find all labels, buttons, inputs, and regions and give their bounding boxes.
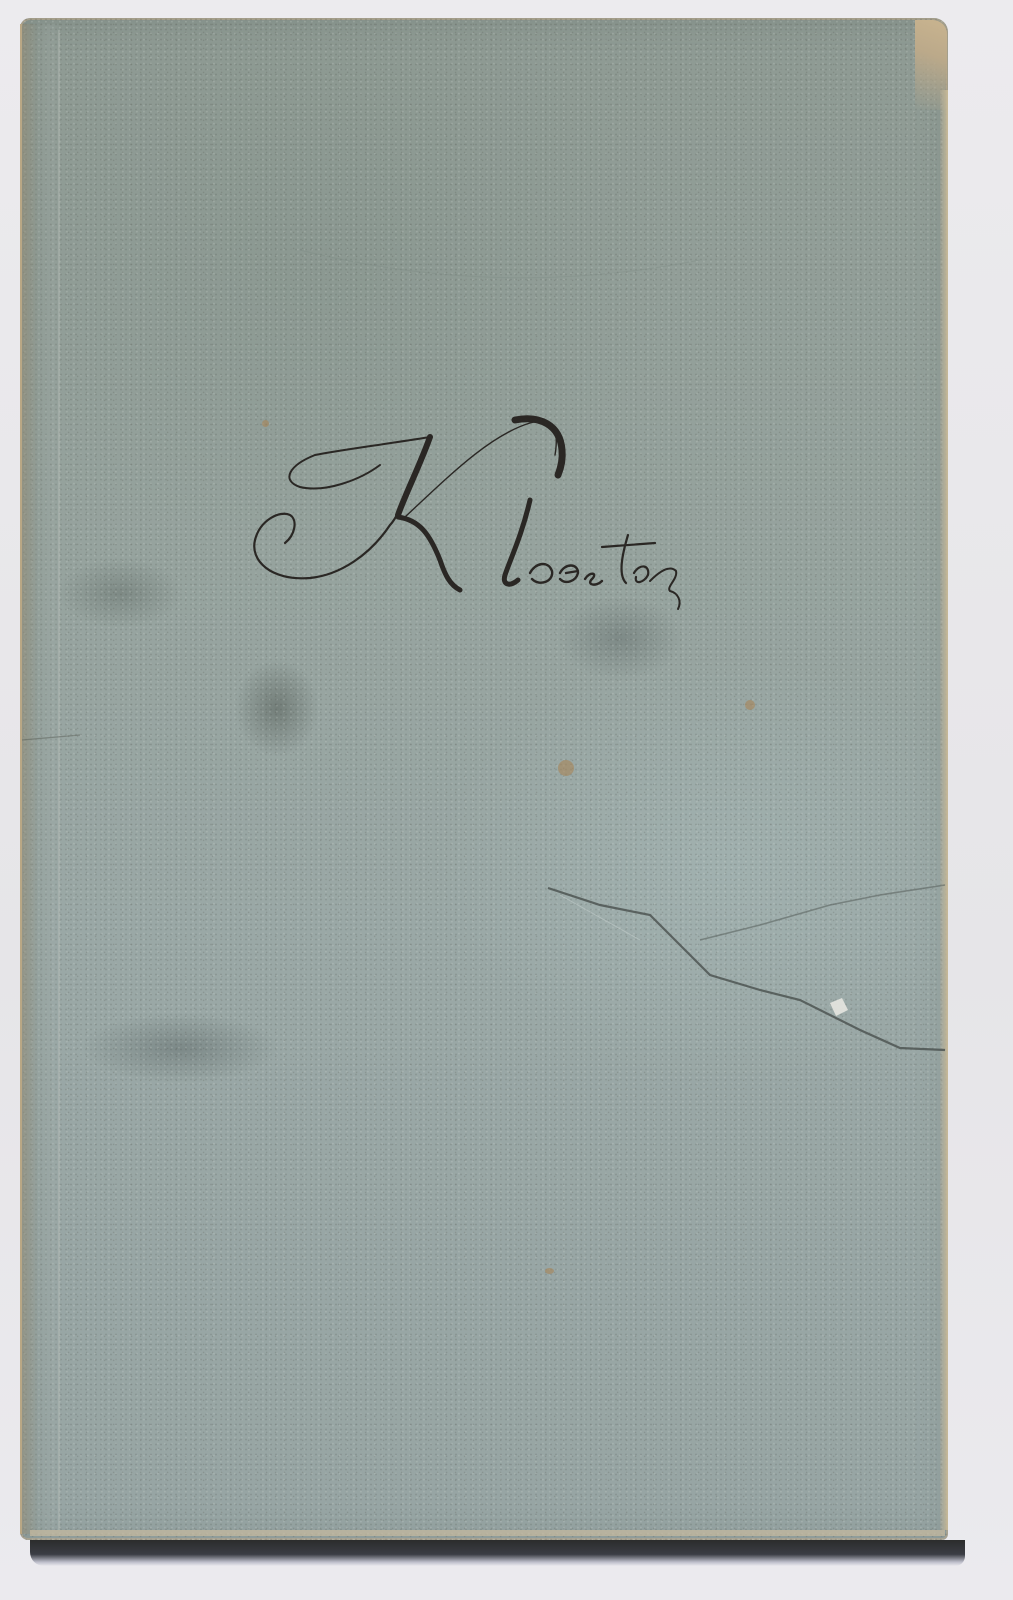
paper-creases	[0, 0, 1013, 1600]
handwritten-title	[230, 395, 710, 615]
